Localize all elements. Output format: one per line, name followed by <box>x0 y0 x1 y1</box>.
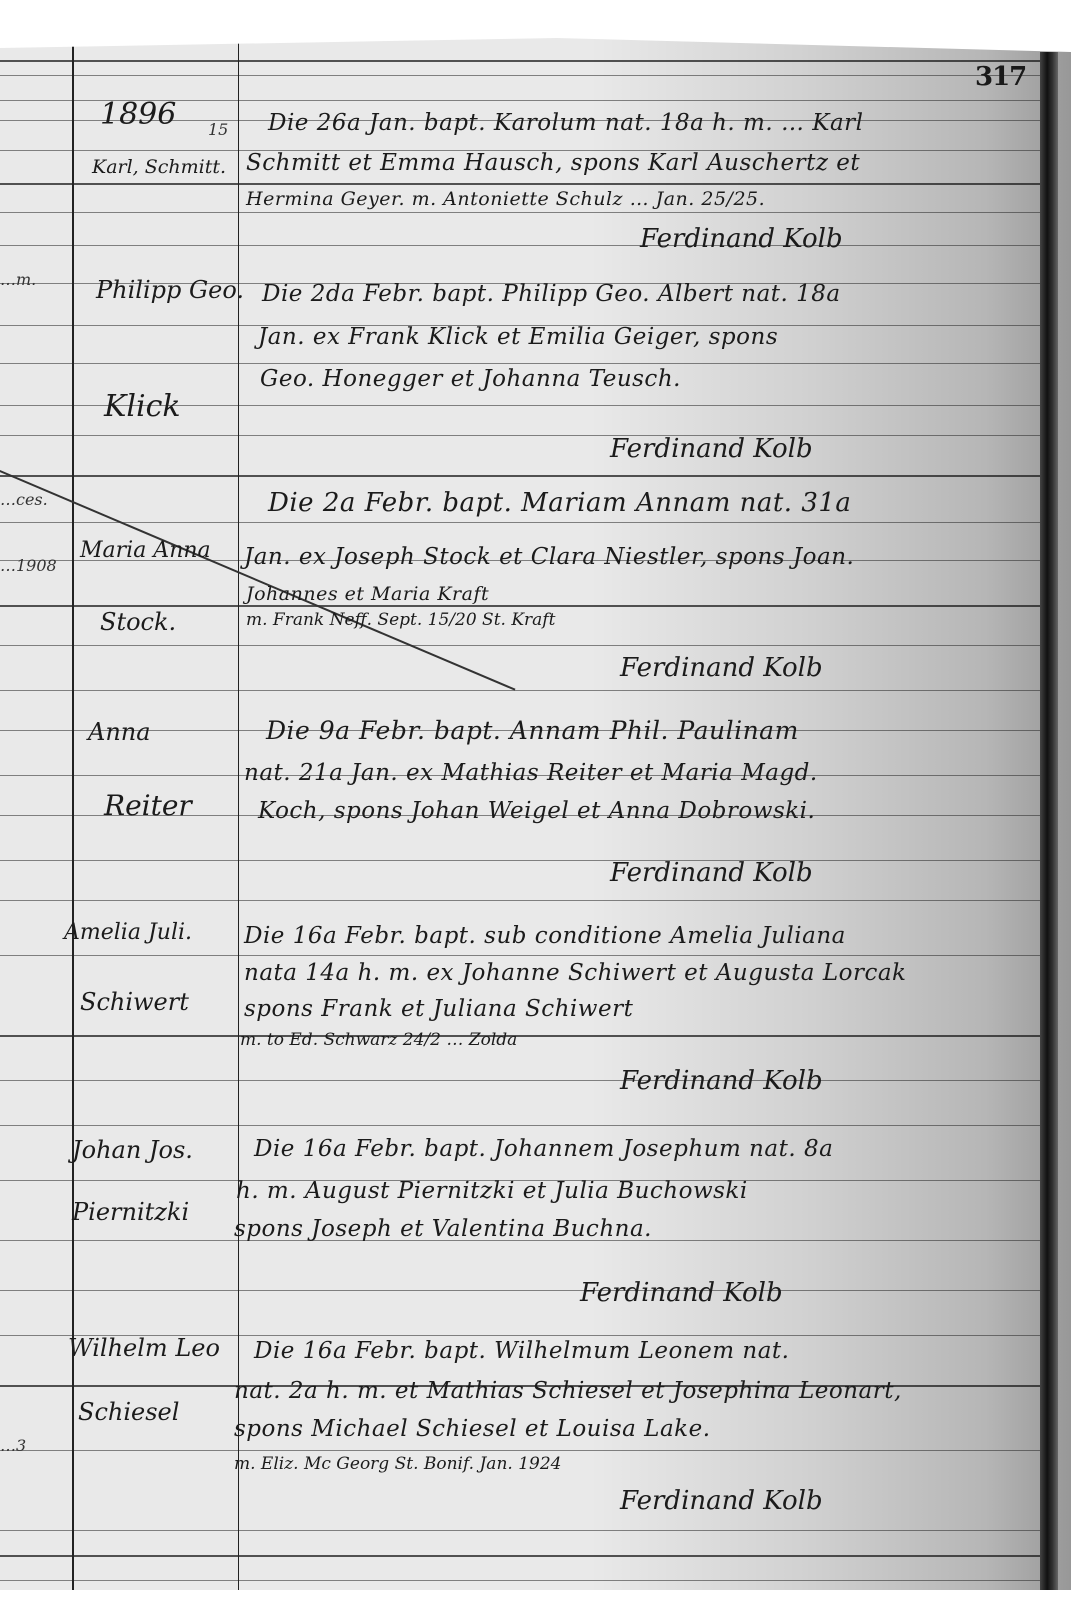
entry-line: spons Joseph et Valentina Buchna. <box>234 1218 652 1241</box>
page-number: 317 <box>975 62 1026 92</box>
child-name: Anna <box>88 720 151 744</box>
annotation-line: m. to Ed. Schwarz 24/2 … Zolda <box>240 1032 517 1049</box>
entry-line: spons Michael Schiesel et Louisa Lake. <box>234 1418 711 1441</box>
column-divider-names <box>238 40 239 1592</box>
ruling-line <box>0 1035 1040 1037</box>
ruling-line <box>0 1125 1040 1126</box>
register-year: 1896 <box>100 100 176 130</box>
ruling-line <box>0 605 1040 607</box>
entry-line: nata 14a h. m. ex Johanne Schiwert et Au… <box>244 962 906 985</box>
entry-line: Die 16a Febr. bapt. sub conditione Ameli… <box>244 925 846 948</box>
annotation-line: m. Eliz. Mc Georg St. Bonif. Jan. 1924 <box>234 1456 561 1473</box>
child-name: Philipp Geo. <box>96 278 244 302</box>
entry-line: nat. 2a h. m. et Mathias Schiesel et Jos… <box>234 1380 902 1403</box>
child-surname: Schiwert <box>80 990 189 1014</box>
child-name: Maria Anna <box>80 540 211 562</box>
entry-line: Jan. ex Frank Klick et Emilia Geiger, sp… <box>258 326 778 349</box>
entry-line: nat. 21a Jan. ex Mathias Reiter et Maria… <box>244 762 818 785</box>
ruling-line <box>0 475 1040 477</box>
entry-line: Geo. Honegger et Johanna Teusch. <box>260 368 681 391</box>
entry-line: spons Frank et Juliana Schiwert <box>244 998 633 1021</box>
child-name: Wilhelm Leo <box>68 1336 220 1360</box>
entry-line: Jan. ex Joseph Stock et Clara Niestler, … <box>244 546 854 569</box>
ruling-line <box>0 1555 1040 1557</box>
ruling-line <box>0 363 1040 364</box>
ruling-line <box>0 900 1040 901</box>
year-note: 15 <box>208 122 228 138</box>
entry-line: Hermina Geyer. m. Antoniette Schulz … Ja… <box>246 190 765 209</box>
ruling-line <box>0 1450 1040 1451</box>
ruling-line <box>0 1290 1040 1291</box>
ruling-line <box>0 245 1040 246</box>
child-surname: Schiesel <box>78 1400 179 1424</box>
annotation-line: m. Frank Neff. Sept. 15/20 St. Kraft <box>246 612 555 629</box>
priest-signature: Ferdinand Kolb <box>620 1068 823 1094</box>
priest-signature: Ferdinand Kolb <box>610 860 813 886</box>
child-name: Amelia Juli. <box>64 922 192 944</box>
ruling-line <box>0 860 1040 861</box>
child-name: Johan Jos. <box>72 1138 193 1162</box>
entry-line: Johannes et Maria Kraft <box>246 585 489 604</box>
ruling-line <box>0 955 1040 956</box>
binding-gutter <box>1040 52 1058 1592</box>
ruling-line <box>0 1530 1040 1531</box>
entry-line: Die 2da Febr. bapt. Philipp Geo. Albert … <box>262 283 841 306</box>
ruling-line <box>0 75 1040 76</box>
ruling-line <box>0 183 1040 185</box>
entry-line: Koch, spons Johan Weigel et Anna Dobrows… <box>258 800 815 823</box>
margin-note: …m. <box>0 272 36 288</box>
ruling-line <box>0 1580 1040 1581</box>
margin-note: …3 <box>0 1438 26 1454</box>
ruling-line <box>0 522 1040 523</box>
child-surname: Stock. <box>100 610 176 634</box>
ruling-line <box>0 645 1040 646</box>
child-surname: Reiter <box>104 792 192 820</box>
child-name: Karl, Schmitt. <box>92 158 226 177</box>
scan-bottom-border <box>0 1590 1071 1603</box>
priest-signature: Ferdinand Kolb <box>620 1488 823 1514</box>
ruling-line <box>0 1080 1040 1081</box>
entry-line: Die 2a Febr. bapt. Mariam Annam nat. 31a <box>268 490 851 516</box>
entry-line: Die 16a Febr. bapt. Wilhelmum Leonem nat… <box>254 1340 789 1363</box>
entry-line: Die 16a Febr. bapt. Johannem Josephum na… <box>254 1138 833 1161</box>
priest-signature: Ferdinand Kolb <box>640 226 843 252</box>
entry-line: Schmitt et Emma Hausch, spons Karl Ausch… <box>246 152 860 175</box>
margin-note: …ces. <box>0 492 48 508</box>
priest-signature: Ferdinand Kolb <box>620 655 823 681</box>
child-surname: Piernitzki <box>72 1200 189 1224</box>
ruling-line <box>0 435 1040 436</box>
ruling-line <box>0 60 1040 62</box>
priest-signature: Ferdinand Kolb <box>610 436 813 462</box>
entry-line: Die 9a Febr. bapt. Annam Phil. Paulinam <box>266 718 799 743</box>
ruling-line <box>0 690 1040 691</box>
priest-signature: Ferdinand Kolb <box>580 1280 783 1306</box>
entry-line: Die 26a Jan. bapt. Karolum nat. 18a h. m… <box>268 112 864 135</box>
child-surname: Klick <box>104 392 181 422</box>
ruling-line <box>0 212 1040 213</box>
margin-note: …1908 <box>0 558 57 574</box>
entry-line: h. m. August Piernitzki et Julia Buchows… <box>236 1180 748 1203</box>
